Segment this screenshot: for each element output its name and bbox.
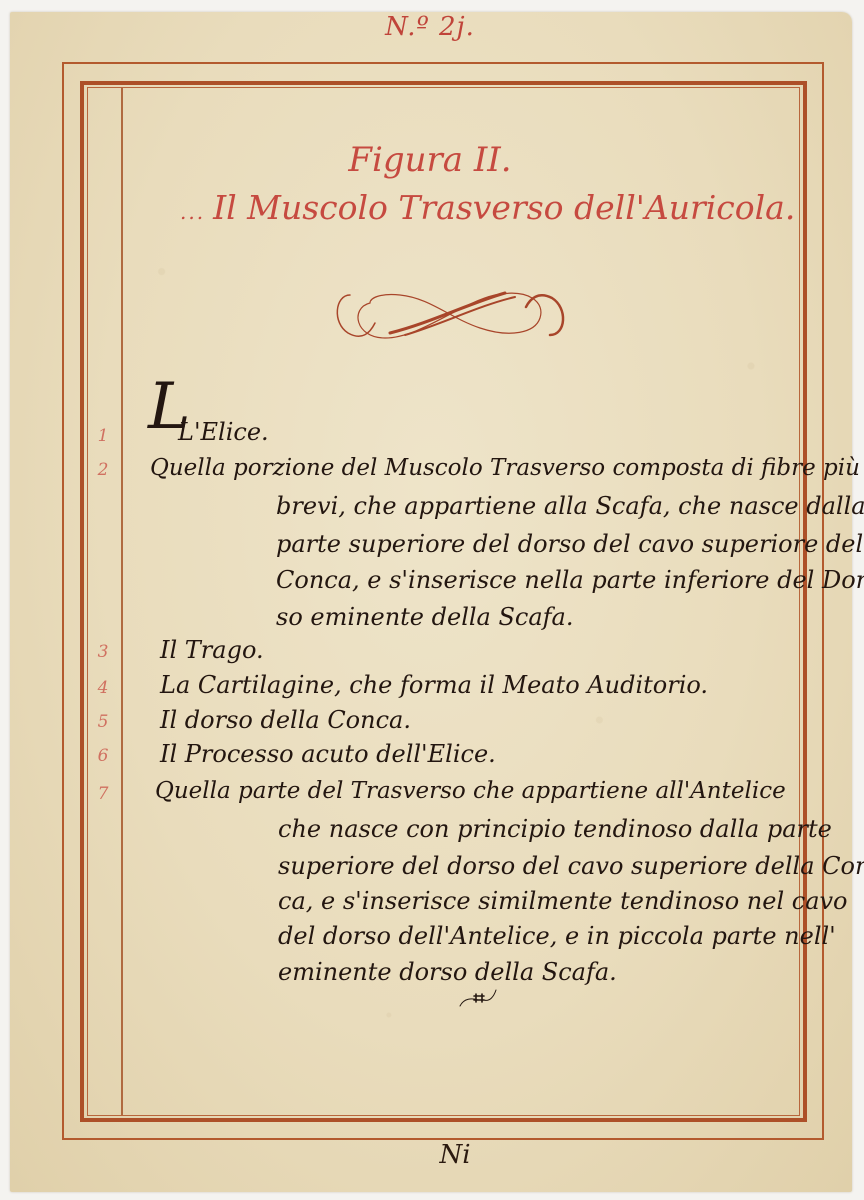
margin-rule [121,88,123,1115]
entry-line: superiore del dorso del cavo superiore d… [278,852,864,880]
entry-line: Conca, e s'inserisce nella parte inferio… [276,566,864,594]
entry-number: 5 [88,712,118,732]
end-flourish-mark-icon [458,988,498,1010]
entry-line: parte superiore del dorso del cavo super… [276,530,864,558]
entry-line: so eminente della Scafa. [276,603,574,631]
entry-line: L'Elice. [178,418,269,446]
figure-subtitle: ...Il Muscolo Trasverso dell'Auricola. [180,188,760,227]
entry-line: brevi, che appartiene alla Scafa, che na… [276,492,864,520]
entry-line: Quella porzione del Muscolo Trasverso co… [150,455,860,481]
flourish-ornament-icon [330,283,570,348]
entry-line: Il Processo acuto dell'Elice. [160,740,496,768]
entry-number: 4 [88,678,118,698]
entry-number: 2 [88,460,118,480]
entry-line: del dorso dell'Antelice, e in piccola pa… [278,922,836,950]
entry-line: Il Trago. [160,636,264,664]
entry-number: 6 [88,746,118,766]
folio-number-top: N.º 2j. [340,12,520,42]
title-ornament-dots: ... [180,200,205,224]
entry-line: Quella parte del Trasverso che appartien… [155,778,786,804]
entry-line: ca, e s'inserisce similmente tendinoso n… [278,887,848,915]
entry-line: Il dorso della Conca. [160,706,411,734]
entry-number: 7 [88,784,118,804]
folio-number-bottom: Ni [400,1140,510,1170]
entry-line: La Cartilagine, che forma il Meato Audit… [160,671,708,699]
figure-title: Figura II. [200,140,660,180]
entry-line: che nasce con principio tendinoso dalla … [278,815,832,843]
entry-number: 1 [88,426,118,446]
entry-number: 3 [88,642,118,662]
entry-line: eminente dorso della Scafa. [278,958,617,986]
subtitle-text: Il Muscolo Trasverso dell'Auricola. [213,188,795,227]
